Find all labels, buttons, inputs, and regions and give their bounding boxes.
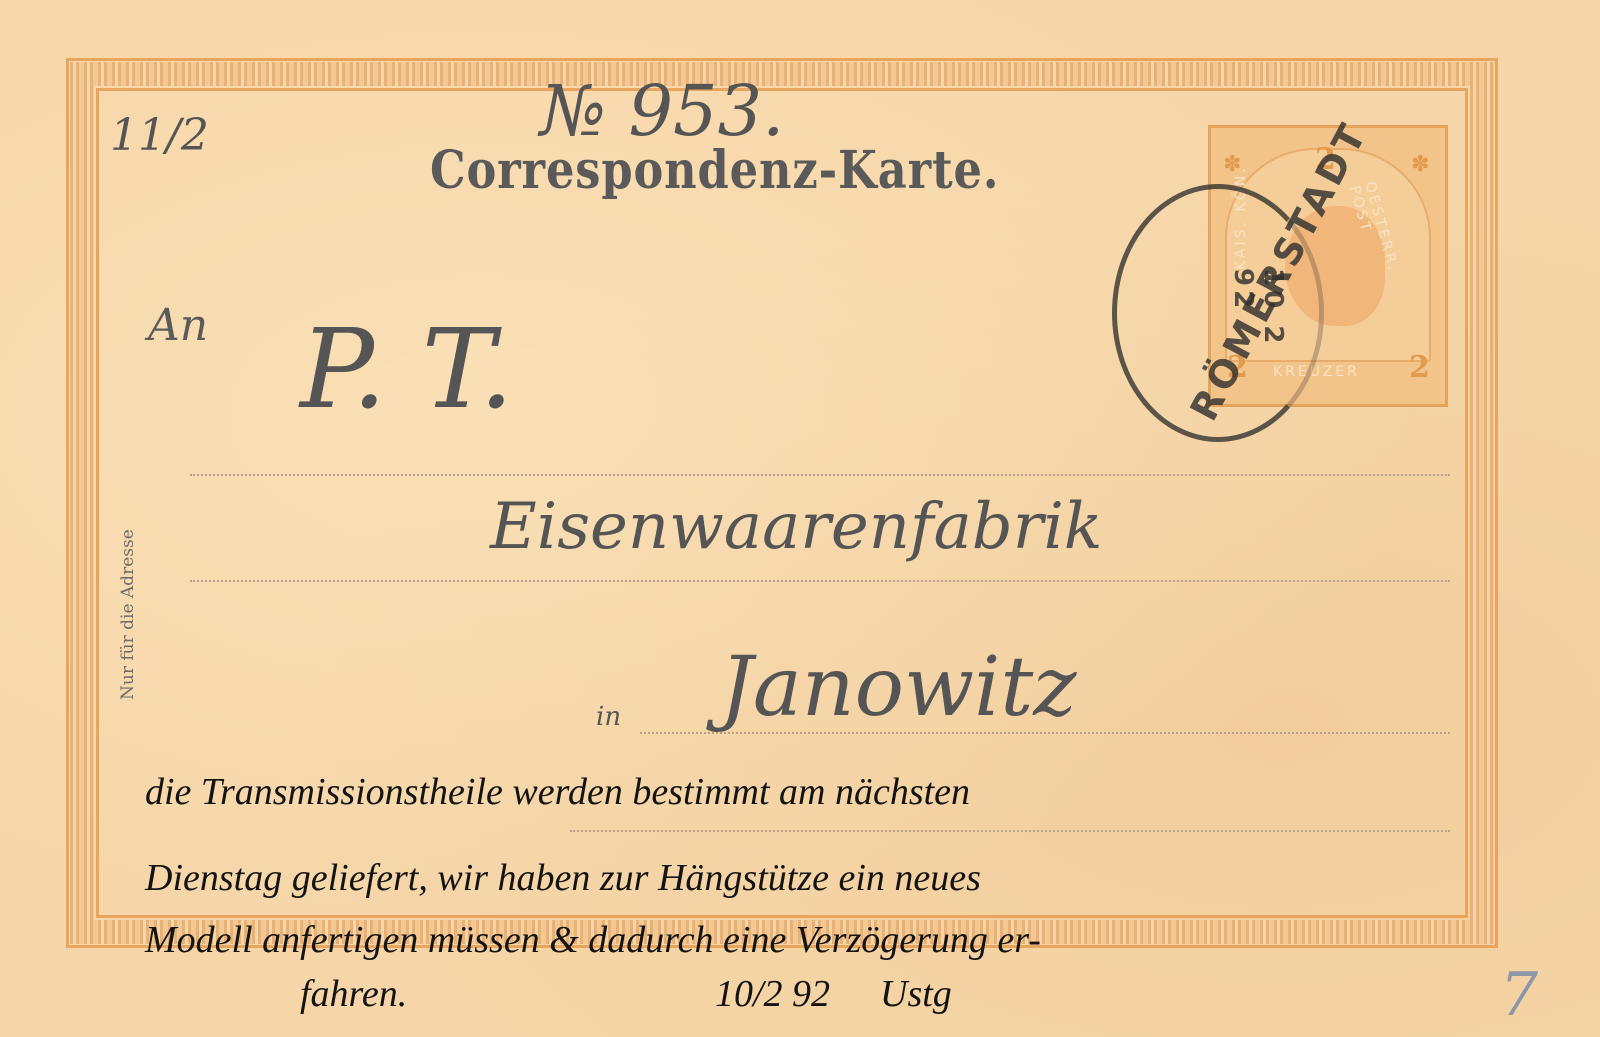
address-line-2: [190, 580, 1450, 582]
rosette-icon: ✽: [1411, 152, 1429, 177]
vertical-address-note: Nur für die Adresse: [118, 529, 138, 700]
message-line-2: Dienstag geliefert, wir haben zur Hängst…: [145, 856, 981, 900]
pencil-corner-mark: 7: [1500, 960, 1538, 1030]
message-line-1: die Transmissionstheile werden bestimmt …: [145, 770, 970, 814]
address-line-city: [640, 732, 1450, 734]
handwritten-reference: 11/2: [110, 110, 209, 161]
city-prefix-in: in: [596, 702, 621, 732]
message-signature: Ustg: [880, 972, 952, 1016]
rosette-icon: ✽: [1223, 152, 1241, 177]
postmark-cancellation: RÖMERSTADT 10 2 92: [1112, 184, 1324, 442]
message-date: 10/2 92: [715, 972, 830, 1016]
address-line-1: [190, 474, 1450, 476]
stamp-value-right: 2: [1409, 350, 1430, 385]
message-line-3: Modell anfertigen müssen & dadurch eine …: [145, 918, 1041, 962]
handwritten-number: № 953.: [540, 70, 784, 152]
postmark-date: 10 2 92: [1228, 268, 1288, 390]
recipient-city: Janowitz: [720, 640, 1077, 735]
recipient-company: Eisenwaarenfabrik: [490, 490, 1103, 564]
address-prefix-an: An: [148, 300, 208, 351]
address-line-4: [570, 830, 1450, 832]
recipient-initials: P. T.: [300, 305, 514, 433]
message-line-4: fahren.: [300, 972, 407, 1016]
